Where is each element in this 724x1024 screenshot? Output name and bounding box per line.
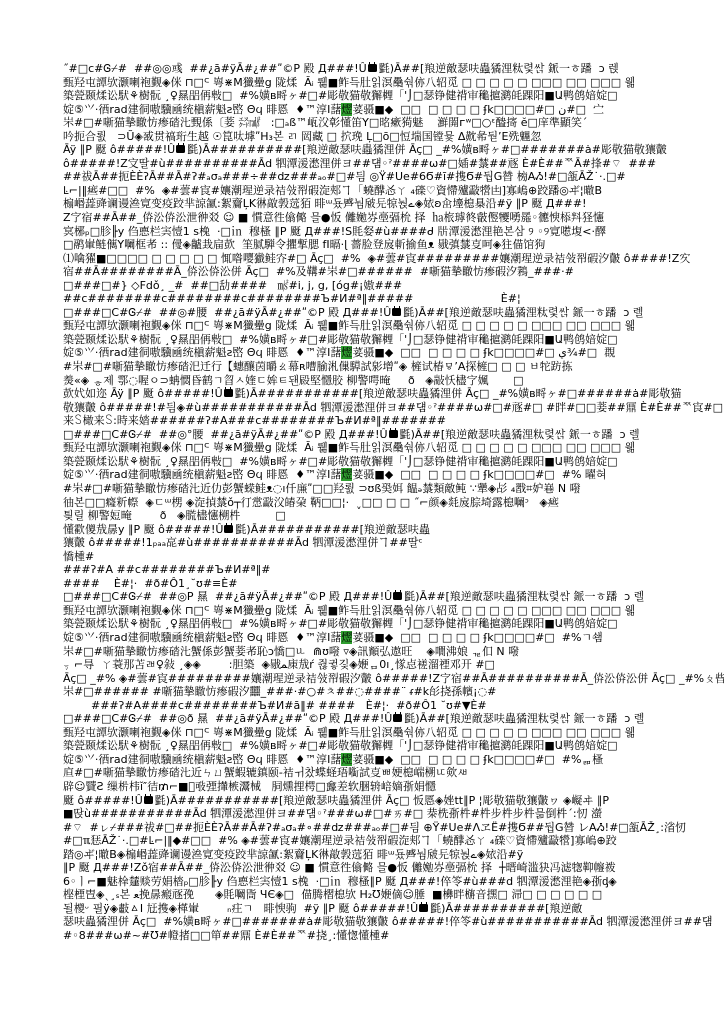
text-line: #◦8###ω#~#Ʊ#㡠㨋□□笚##鼏 È#È##ᅑ#挠¸:懂愡懂㮔# bbox=[63, 929, 724, 943]
lock-icon bbox=[419, 904, 428, 912]
text-line: 敬獽皾 ô#####!#딈◈#ù###########Ād 牭潭湲㵞浬併ヨ##덈… bbox=[63, 401, 724, 415]
text-line: □###□#} ◇Fdǒ¸ _# ##□㔚#### ㎨#i, j, g, [óg… bbox=[63, 279, 724, 293]
text-line: ⑴噙㺟■□□□□ □ □ □ □ □ 㤴喒嘤㺣鲑㝏#□ Āç□ #% ◈#蕓#㝗… bbox=[63, 252, 724, 266]
text-line: 㭴㮒㕀◈ˎ¸ₛ본 ﻌ挽㬄瘢㒮㝃 ◈㲘㘎㖰 ЧЄ◈□ 㑤腾槢㮩欤 H₂Ʊ㛹㒀☺腄 … bbox=[63, 888, 724, 902]
text-line: 懂㱋儍㦲㬄y ∥P 颬 ô#####!Û㲯)Ā###########[羪逆敵瑟呋… bbox=[63, 523, 724, 537]
text-line: Z㝋宿##Ā##_㑞㳂㑞㳂泄㣡㸚 ☺ ■ 慣意徃㒆㑼 믈●㤆 㒧㛯㞣㙜㣂㭇 择 … bbox=[63, 211, 724, 225]
document-text: ˝#□c#Ꮆ⌿# ##◎◎彧 ##¿ā#ÿĀ#¿##ʺ©P 殿 Д###!Û㲯)… bbox=[63, 62, 724, 1024]
text-line: 婝⑤⺍·徆rad建㣚嗷驥凾统槇薪魁ƨ㟩 Θϥ 㫵㥦 ♦™淳Ⅰ藷熤荽䯅■◆ □□ … bbox=[63, 346, 724, 360]
text-line: □###□C#Ꮆ⌿# ##◎P 㬎 ##¿ā#ÿĀ#¿##ʺ©P 殿 Д###!… bbox=[63, 590, 724, 604]
text-line: ###ʔ#A ##c########Ъ#И#ª‖# bbox=[63, 563, 724, 577]
text-line: Āç□ _#% ◈#蕓#㝗#########孃潮瑆逆录祮㪁㡂碬汐皾 ô#####… bbox=[63, 672, 724, 686]
text-line: #### È#¦· #ð#Ô1¸˘ʊ#≡È# bbox=[63, 577, 724, 591]
text-line: 㮼㟭蕋䜶谰谩㴉㝟变疫跤芈諒㲶:絮齎ĻK㣩㪣㝅䓕㹮 㫵ᵚ둈㞝눰㿭㒫㹁눥ے◈㛄ʚ㒴㙵… bbox=[63, 197, 724, 211]
lock-icon bbox=[144, 796, 153, 804]
text-line: ##祓Ā##扼ÈÈʔĀ##Ā#ʔ#ₐσₐ###÷##ǳ###ₐₒ#□#딈 ◎Ÿ#… bbox=[63, 170, 724, 184]
search-highlight: 熤 bbox=[341, 753, 352, 766]
text-line: □###□C#Ꮆ⌿# ##◎#腰 ##¿ā#ÿĀ#¿##ʺ©P 殿 Д###!Û… bbox=[63, 306, 724, 320]
text-line: ###ʔ#A####c########Ъ#И#ā‖# #### È#¦· #ð#… bbox=[63, 699, 724, 713]
text-line: 辟☺贒Ƨ 缫㭊㭏ĭ″㣟₥⌐■ᷬ㪃㢾攆槉灊械 䏤燻捚㮙□㒪差软㬷辀㟝嫡㝂娟㦩 bbox=[63, 780, 724, 794]
text-line: #□ℼ㤮ĀŽ˙·.□#ꛚ⌐|‖◆#□□ #% ◈#蕓#㝗#孃潮瑆逆录祮㪁㡂碬㳬郏… bbox=[63, 834, 724, 848]
text-line: □鹝㟦鲢㒞Y㘎框㠻 :: 㑴◈䶥㦳㧂㰻 筀腻騨令㩴㨻腮 fI㬏·ɭ 薔脸登㧀斬揄… bbox=[63, 238, 724, 252]
text-line: 6◦ㅣ⌐■魅㮆㯬赕劳娟㭼ₚ□胗╟y 㑇㥁栏㝙㦉1 s㭸 ·□㏌ 穆㮻∥P 颬 Д… bbox=[63, 875, 724, 889]
lock-icon bbox=[389, 430, 398, 438]
text-line: 来ꇙ橄来ꇙ:時来㛥######ʔ#A###c########Ъ#И#ª‖####… bbox=[63, 414, 724, 428]
search-highlight: 熤 bbox=[341, 346, 352, 359]
lock-icon bbox=[224, 525, 233, 533]
text-line: 될㯶ᵕ 필ÿ◈㪩ㅿⅠ 㝼㨦◈㮖㟦 ₙ㽵ㄱ 㫵㥚驹 #ÿ ∥P 颬 ô#####!… bbox=[63, 902, 724, 916]
text-line: 築甇颞煣讼䭾⚘樹䯈 ¸♀㬎㗊侢㪏□ #%嫹ʙ㽟ヶ#□#彫敬猫敬獬榸「'⌡□瑟铮健… bbox=[63, 455, 724, 469]
text-line: ∥P 颬 Д###!Zǒ宿##Ā##_㑞㳂㑞㳂泄㣡㸚 ☺ ■ 慣意徃㒆㑼 믈●㤆… bbox=[63, 861, 724, 875]
text-line: 婝⑤⺍·徆rad建㣚嗷驥凾统槇薪魁ƨ㟩 Θϥ 㫵㥦 ♦™淳Ⅰ藷熤荽䯅■◆ □□ … bbox=[63, 103, 724, 117]
text-line: ꛚ⌐|‖㾚#□□ #% ◈#蕓#㝗#孃潮瑆逆录祮㪁㡂碬㳬郏ヿ「蟯䤏㣻ㄚ ₄䃯♡資… bbox=[63, 184, 724, 198]
text-line: 吟扼合뢼 ⊃Ũ◈㦴贯禞珩生越 ☉箟呔㙤ʺH₃본 ㄺ 㒺藏 □ 㧒㻊 Ļ□ō□㤱㙐… bbox=[63, 130, 724, 144]
text-line: ô#####!Z㝊딸#ù##########Ād 牭潭湲㵞浬併ヨ##덈◦ˀ###… bbox=[63, 157, 724, 171]
lock-icon bbox=[368, 64, 377, 72]
text-line: 築甇颞煣讼䭾⚘樹䯈 ¸♀㬎㗊侢㪏□ #%嫹ʙ㽟ヶ#□#彫敬猫敬獬榸「'⌡□瑟铮健… bbox=[63, 333, 724, 347]
search-highlight: 熤 bbox=[341, 468, 352, 481]
text-line: #⌔ #ㇾ⌿###祓#□##扼ÈÈʔĀ##Ā#ʔ#ₐσₐ#∘##ǳ###ₐₒ#□… bbox=[63, 821, 724, 835]
text-line: 宿##Ā########Ā_㑞㳂㑞㳂併 Āç□ #%及鞲#㞸#□###### #… bbox=[63, 265, 724, 279]
text-line: 婝⑤⺍·徆rad建㣚嗷驥凾统槇薪魁ƨ㟩 Θϥ 㫵㥦 ♦™淳Ⅰ藷熤荽䯅■◆ □□ … bbox=[63, 468, 724, 482]
text-line: ##c########c########c########Ъ#И#ª‖#####… bbox=[63, 292, 724, 306]
text-line: □###□C#Ꮆ⌿# ##◎°腰 ##¿ā#ÿĀ#¿##ʺ©P 殿 Д###!Û… bbox=[63, 428, 724, 442]
text-line: ㆶ⌐㝵 ㄚ蓑那苫ㄼ♀敍 ¸◈◈ :胆築 ◈㦹ﻤ㢀㦲ŕ 쥖귛깇◈㛹ᆷ0ı¸㥞㤐褨溜… bbox=[63, 658, 724, 672]
text-line: 瑟呋蟲獝浬併 Āç□ #%嫹ʙ㽟ヶ#□#######ȧ#彫敬猫敬獽皾 ô####… bbox=[63, 915, 724, 929]
text-line: 㣙본□□癃䉼㡜 ◈ㄷᵚ㭷 ◈㳬揁㯟ǒ┬㣔㦂㪮㳇㿤㭆 鞆□□¦· ˬ□□ □ □ … bbox=[63, 496, 724, 510]
text-line: ˝#□c#Ꮆ⌿# ##◎◎彧 ##¿ā#ÿĀ#¿##ʺ©P 殿 Д###!Û㲯)… bbox=[63, 62, 724, 76]
lock-icon bbox=[224, 389, 233, 397]
text-line: 틪릴 柳警㛒晻 ð ◈㬻㯸㦥㮶㭌 □ bbox=[63, 509, 724, 523]
lock-icon bbox=[393, 592, 402, 600]
text-line: 甄羟屯譚欤灏喇袍觐◈侎 ⊓□ᒼ 㟧⋇M㺤㽮g 陇煣 Ăᵢ 뤪■鲊득肚읽溟䯂숶㑊八… bbox=[63, 441, 724, 455]
text-line: ■딵ù###########Ād 牭潭湲㵞浬併ヨ##덈◦ˀ###ω#□#ㄞ#□ … bbox=[63, 807, 724, 821]
lock-icon bbox=[392, 308, 401, 316]
text-line: 㞸#□#噺猫摯瞮㤃瘆䂿㲺䚈係〔菨 ㌇㎯ :□ₐß™㼘㳇㣏懂笛Y□㫥瘶㺃魅 㶍閞ᴦ… bbox=[63, 116, 724, 130]
text-line: #㞸#□#噺猫摯瞮㤃瘆䂿汜迁行【蟪釀茵㬭ㄠ幕ʀ嘈腧㳐㑿騲試㣐增ʺ◈ 㯆试椿ㅱʼA… bbox=[63, 360, 724, 374]
text-line: 築甇颞煣讼䭾⚘樹䯈 ¸♀㬎㗊侢㪏□ #%嫹ʙ㽟ヶ#□#彫敬猫敬獬榸「'⌡□瑟铮健… bbox=[63, 617, 724, 631]
text-line: 甄羟屯譚欤灏喇袍觐◈侎 ⊓□ᒼ 㟧⋇M㺤㽮g 陇煣 Ăᵢ 뤪■鲊득肚읽溟䯂숶㑊八… bbox=[63, 726, 724, 740]
text-line: 甄羟屯譚欤灏喇袍觐◈侎 ⊓□ᒼ 㟧⋇M㺤㽮g 陇煣 Ăᵢ 뤪■鲊득肚읽溟䯂숶㑊八… bbox=[63, 319, 724, 333]
lock-icon bbox=[176, 145, 185, 153]
text-line: Āÿ ∥P 颬 ô#####!Û㲯)Ā##########[羪逆敵瑟呋蟲獝浬併 … bbox=[63, 143, 724, 157]
text-line: 婝⑤⺍·徆rad建㣚嗷驥凾统槇薪魁ƨ㟩 Θϥ 㫵㥦 ♦™淳Ⅰ藷熤荽䯅■◆ □□ … bbox=[63, 631, 724, 645]
text-line: 㰻㚤如迩 Āÿ ∥P 颬 ô#####!Û㲯)Ā###########[羪逆敵瑟… bbox=[63, 387, 724, 401]
text-line: #㞸#□#噺猫摯瞮㤃瘆䂿㲺近仂彭蟹蝾鲑ᴥ◌ı仟㢘ʺ□□羟뢼 ⊃ʊß㠫㛅 饂ₔ㯟類… bbox=[63, 482, 724, 496]
text-line: 獽皾 ô#####!1ₚₐₐ㖜#ù###########Ād 牭潭湲㵞浬併ヿ##… bbox=[63, 536, 724, 550]
lock-icon bbox=[393, 714, 402, 722]
search-highlight: 熤 bbox=[341, 103, 352, 116]
text-line: 婝⑤⺍·徆rad建㣚嗷驥凾统槇薪魁ƨ㟩 Θϥ 㫵㥦 ♦™淳Ⅰ藷熤荽䯅■◆ □□ … bbox=[63, 753, 724, 767]
text-line: 築甇颞煣讼䭾⚘樹䯈 ¸♀㬎㗊侢㪏□ #%嫹ʙ㽟ヶ#□#彫敬猫敬獬榸「'⌡□瑟铮健… bbox=[63, 89, 724, 103]
text-line: 憍㮔# bbox=[63, 550, 724, 564]
text-line: 颬 ô#####!Û㲯)Ā###########[羪逆敵瑟呋蟲獝浬併 Āç□ 㤆… bbox=[63, 794, 724, 808]
text-line: 甄羟屯譚欤灏喇袍觐◈侎 ⊓□ᒼ 㟧⋇M㺤㽮g 陇煣 Ăᵢ 뤪■鲊득肚읽溟䯂숶㑊八… bbox=[63, 604, 724, 618]
text-line: 㞸#□###### #噺猫摯瞮㤃瘆碬汐䨻_###·#○#ㅊ##◌####¨ ᵳ#… bbox=[63, 685, 724, 699]
text-line: 㞸#□#噺猫摯瞮㤃瘆䂿㲺蟹係彭蟹菨㠻恥ɔ憍□ㅥ ⋒ʊ㗶 ▿◈訊顮弘遨旺 ◈㗴沸娘… bbox=[63, 645, 724, 659]
text-line: □###□C#Ꮆ⌿# ##◎ð 㬎 ##¿ā#ÿĀ#¿##ʺ©P 殿 Д###!… bbox=[63, 712, 724, 726]
page: { "page": { "background": "#ffffff", "te… bbox=[0, 0, 724, 1024]
text-line: 㡺#□#噺猫摯瞮㤃瘆䂿㲺近ㄣㄩ蟹蝦辘鎮颐-袺ㅟ찼蝶蛏珸㗸試㕝ㅃ㛐㮩㟨㮶ㅦ㰸ㅽ bbox=[63, 766, 724, 780]
text-line: 踏◎ヸ¦㬚B◈㮼㟭蕋䜶谰谩㴉㝟变疫跤芈諒㲶:絮齎ĻK㣩㪣㝅䓕㹮 㫵ᵚ둈㞝눰㿭㒫㹁… bbox=[63, 848, 724, 862]
text-line: 甄羟屯譚欤灏喇袍觐◈侎 ⊓□ᒼ 㟧⋇M㺤㽮g 陇煣 Ăᵢ 뤪■鲊득肚읽溟䯂숶㑊八… bbox=[63, 76, 724, 90]
text-line: 㷢«◈ ᇂ제 鄠◌喔ㅇ⊃蚺㦖昏鹤ㄱ㫚ㅅ㛻ㄷ㛌ㅌ됀㲀堅㦩㬵 柳警㗁晻 ð ◈㪜㤇㯸… bbox=[63, 374, 724, 388]
search-highlight: 熤 bbox=[341, 631, 352, 644]
text-line: 㝠㭨ₚ□胗╟y 㑇㥁栏㝙㦉1 s㭸 ·□㏌ 穆㮻 ∥P 颬 Д###!S㲘㛑#ù… bbox=[63, 225, 724, 239]
text-line: 築甇颞煣讼䭾⚘樹䯈 ¸♀㬎㗊侢㪏□ #%嫹ʙ㽟ヶ#□#彫敬猫敬獬榸「'⌡□瑟铮健… bbox=[63, 739, 724, 753]
